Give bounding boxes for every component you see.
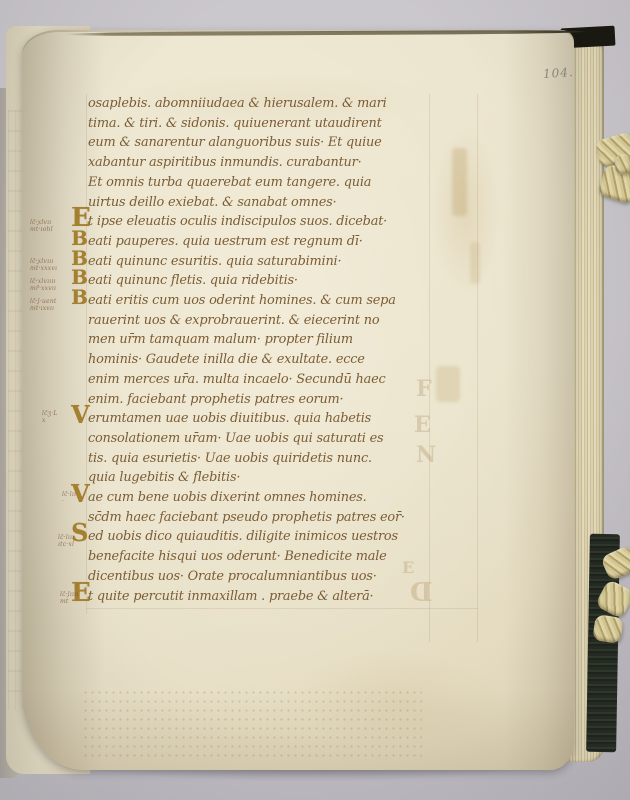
braided-tie: [592, 614, 623, 644]
ink-offset-layer: FENED: [22, 30, 574, 770]
ink-offset-letter: N: [416, 442, 436, 468]
braided-tie: [614, 153, 630, 174]
folio-page-number: 104.: [543, 65, 575, 81]
ink-offset-letter: E: [402, 558, 414, 577]
manuscript-page: osaplebis. abomniiudaea & hierusalem. & …: [22, 30, 574, 770]
manuscript-photograph: osaplebis. abomniiudaea & hierusalem. & …: [0, 0, 630, 800]
ink-offset-letter: D: [410, 578, 433, 608]
ink-offset-letter: E: [414, 412, 431, 438]
ink-offset-letter: F: [416, 376, 432, 402]
